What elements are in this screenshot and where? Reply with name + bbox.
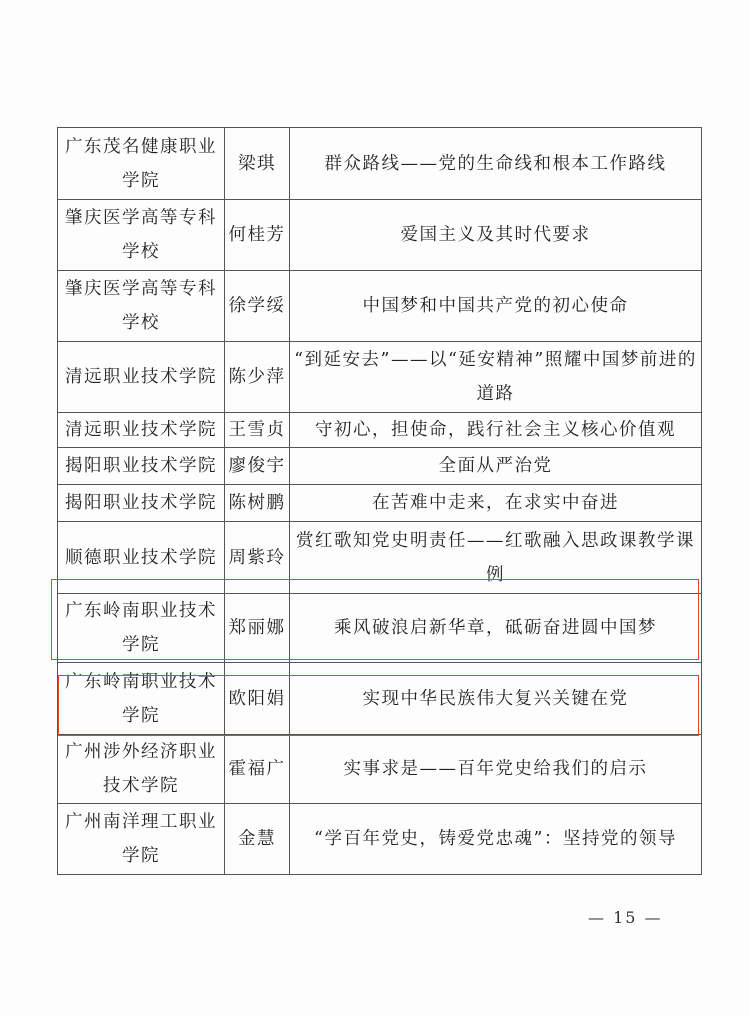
table-row: 广州涉外经济职业技术学院 霍福广 实事求是——百年党史给我们的启示 (58, 735, 702, 804)
school-cell: 广东岭南职业技术学院 (58, 594, 225, 663)
table-row: 广东岭南职业技术学院 郑丽娜 乘风破浪启新华章，砥砺奋进圆中国梦 (58, 594, 702, 663)
title-cell: 赏红歌知党史明责任——红歌融入思政课教学课例 (290, 522, 702, 594)
school-cell: 清远职业技术学院 (58, 413, 225, 448)
name-cell: 何桂芳 (225, 200, 290, 271)
school-cell: 肇庆医学高等专科学校 (58, 271, 225, 342)
school-cell: 肇庆医学高等专科学校 (58, 200, 225, 271)
table-row: 揭阳职业技术学院 陈树鹏 在苦难中走来，在求实中奋进 (58, 485, 702, 522)
title-cell: 乘风破浪启新华章，砥砺奋进圆中国梦 (290, 594, 702, 663)
school-cell: 广东岭南职业技术学院 (58, 663, 225, 735)
school-cell: 揭阳职业技术学院 (58, 485, 225, 522)
name-cell: 郑丽娜 (225, 594, 290, 663)
document-page: 广东茂名健康职业学院 梁琪 群众路线——党的生命线和根本工作路线 肇庆医学高等专… (0, 0, 750, 1017)
page-number: — 15 — (588, 908, 663, 927)
school-cell: 广州南洋理工职业学院 (58, 804, 225, 875)
name-cell: 陈少萍 (225, 342, 290, 413)
name-cell: 霍福广 (225, 735, 290, 804)
title-cell: “学百年党史，铸爱党忠魂”：坚持党的领导 (290, 804, 702, 875)
name-cell: 欧阳娟 (225, 663, 290, 735)
table-row: 肇庆医学高等专科学校 徐学绥 中国梦和中国共产党的初心使命 (58, 271, 702, 342)
title-cell: 实现中华民族伟大复兴关键在党 (290, 663, 702, 735)
school-cell: 清远职业技术学院 (58, 342, 225, 413)
table-row: 清远职业技术学院 陈少萍 “到延安去”——以“延安精神”照耀中国梦前进的道路 (58, 342, 702, 413)
title-cell: “到延安去”——以“延安精神”照耀中国梦前进的道路 (290, 342, 702, 413)
table-row: 广州南洋理工职业学院 金慧 “学百年党史，铸爱党忠魂”：坚持党的领导 (58, 804, 702, 875)
table-row: 清远职业技术学院 王雪贞 守初心，担使命，践行社会主义核心价值观 (58, 413, 702, 448)
name-cell: 廖俊宇 (225, 448, 290, 485)
school-cell: 顺德职业技术学院 (58, 522, 225, 594)
name-cell: 金慧 (225, 804, 290, 875)
title-cell: 全面从严治党 (290, 448, 702, 485)
title-cell: 守初心，担使命，践行社会主义核心价值观 (290, 413, 702, 448)
table-row: 肇庆医学高等专科学校 何桂芳 爱国主义及其时代要求 (58, 200, 702, 271)
title-cell: 中国梦和中国共产党的初心使命 (290, 271, 702, 342)
name-cell: 周紫玲 (225, 522, 290, 594)
table-row: 揭阳职业技术学院 廖俊宇 全面从严治党 (58, 448, 702, 485)
name-cell: 王雪贞 (225, 413, 290, 448)
school-cell: 揭阳职业技术学院 (58, 448, 225, 485)
table-row: 顺德职业技术学院 周紫玲 赏红歌知党史明责任——红歌融入思政课教学课例 (58, 522, 702, 594)
title-cell: 在苦难中走来，在求实中奋进 (290, 485, 702, 522)
awards-table: 广东茂名健康职业学院 梁琪 群众路线——党的生命线和根本工作路线 肇庆医学高等专… (57, 127, 702, 875)
table-row: 广东茂名健康职业学院 梁琪 群众路线——党的生命线和根本工作路线 (58, 128, 702, 200)
name-cell: 梁琪 (225, 128, 290, 200)
title-cell: 爱国主义及其时代要求 (290, 200, 702, 271)
school-cell: 广州涉外经济职业技术学院 (58, 735, 225, 804)
title-cell: 实事求是——百年党史给我们的启示 (290, 735, 702, 804)
name-cell: 徐学绥 (225, 271, 290, 342)
school-cell: 广东茂名健康职业学院 (58, 128, 225, 200)
table-row: 广东岭南职业技术学院 欧阳娟 实现中华民族伟大复兴关键在党 (58, 663, 702, 735)
name-cell: 陈树鹏 (225, 485, 290, 522)
title-cell: 群众路线——党的生命线和根本工作路线 (290, 128, 702, 200)
